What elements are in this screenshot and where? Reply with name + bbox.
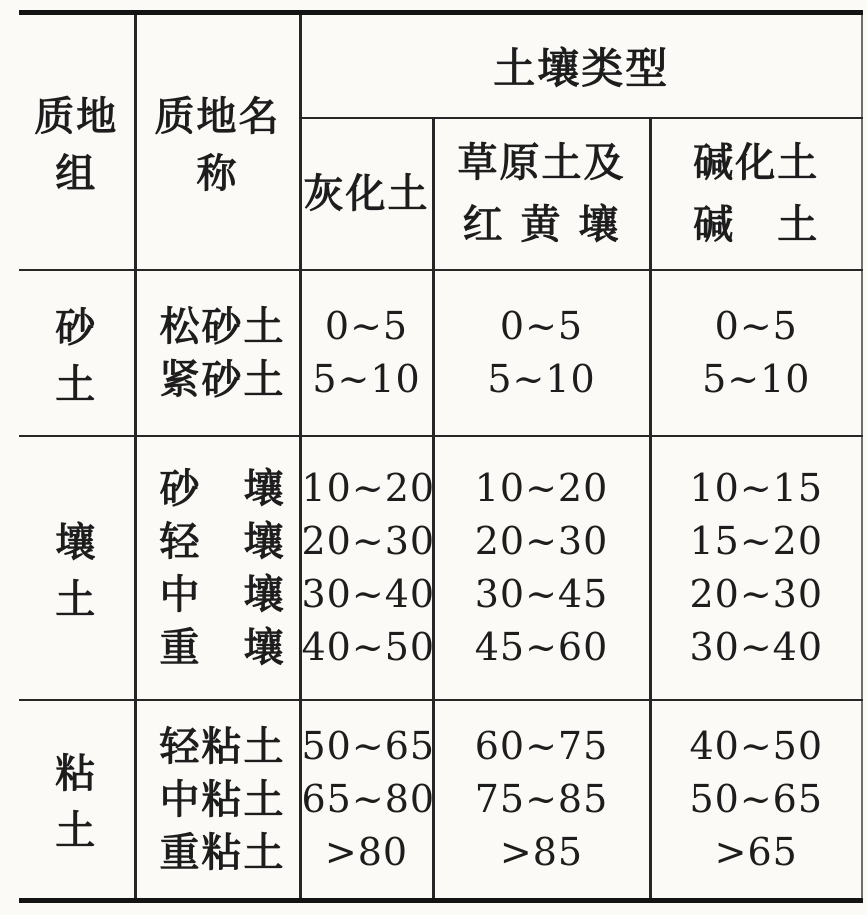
header-col-steppe: 草原土及 红 黄 壤: [433, 118, 650, 270]
texture-name: 松砂土: [147, 300, 299, 353]
texture-names-sand: 松砂土 紧砂土: [135, 270, 300, 436]
header-texture-name: 质地名称: [135, 13, 300, 270]
texture-names-loam: 砂 壤 轻 壤 中 壤 重 壤: [135, 436, 300, 700]
header-line: 碱 土: [652, 194, 862, 256]
value: 50~65: [302, 720, 432, 773]
header-line: 红 黄 壤: [435, 194, 649, 256]
values-sand-podzol: 0~5 5~10: [300, 270, 433, 436]
header-texture-group: 质地组: [19, 13, 135, 270]
header-col-alkali: 碱化土 碱 土: [650, 118, 862, 270]
value: 15~20: [652, 515, 862, 568]
header-line: 草原土及: [435, 132, 649, 194]
value: 30~45: [435, 568, 649, 621]
value: 75~85: [435, 773, 649, 826]
header-line: 灰化土: [302, 163, 432, 225]
soil-texture-table: 质地组 质地名称 土壤类型 灰化土 草原土及 红 黄 壤 碱化土 碱 土: [19, 10, 863, 903]
section-row-loam: 壤 土 砂 壤 轻 壤 中 壤 重 壤 10~20 20~30 30~40 40…: [19, 436, 862, 700]
values-clay-podzol: 50~65 65~80 >80: [300, 700, 433, 901]
section-row-clay: 粘 土 轻粘土 中粘土 重粘土 50~65 65~80 >80 60~75 75…: [19, 700, 862, 901]
value: >85: [435, 826, 649, 879]
values-clay-steppe: 60~75 75~85 >85: [433, 700, 650, 901]
value: 5~10: [435, 353, 649, 406]
value: 10~20: [302, 462, 432, 515]
value: 10~20: [435, 462, 649, 515]
header-col-podzol: 灰化土: [300, 118, 433, 270]
values-loam-podzol: 10~20 20~30 30~40 40~50: [300, 436, 433, 700]
value: 10~15: [652, 462, 862, 515]
section-row-sand: 砂 土 松砂土 紧砂土 0~5 5~10 0~5 5~10 0~5: [19, 270, 862, 436]
texture-name: 重粘土: [147, 826, 299, 879]
value: 50~65: [652, 773, 862, 826]
texture-name: 轻 壤: [147, 515, 299, 568]
value: 30~40: [652, 621, 862, 674]
header-row-top: 质地组 质地名称 土壤类型: [19, 13, 862, 118]
group-label-loam: 壤 土: [19, 436, 135, 700]
scanned-document-page: 质地组 质地名称 土壤类型 灰化土 草原土及 红 黄 壤 碱化土 碱 土: [0, 0, 867, 915]
value: 45~60: [435, 621, 649, 674]
value: 40~50: [652, 720, 862, 773]
group-label-sand: 砂 土: [19, 270, 135, 436]
texture-name: 重 壤: [147, 621, 299, 674]
group-label-clay: 粘 土: [19, 700, 135, 901]
header-line: 碱化土: [652, 132, 862, 194]
texture-names-clay: 轻粘土 中粘土 重粘土: [135, 700, 300, 901]
header-soil-type: 土壤类型: [300, 13, 862, 118]
value: 5~10: [302, 353, 432, 406]
texture-name: 砂 壤: [147, 462, 299, 515]
texture-name: 中粘土: [147, 773, 299, 826]
value: 40~50: [302, 621, 432, 674]
value: 0~5: [652, 300, 862, 353]
value: >80: [302, 826, 432, 879]
texture-name: 紧砂土: [147, 353, 299, 406]
value: 20~30: [302, 515, 432, 568]
values-clay-alkali: 40~50 50~65 >65: [650, 700, 862, 901]
values-loam-alkali: 10~15 15~20 20~30 30~40: [650, 436, 862, 700]
value: 20~30: [652, 568, 862, 621]
texture-name: 中 壤: [147, 568, 299, 621]
value: 5~10: [652, 353, 862, 406]
value: 65~80: [302, 773, 432, 826]
soil-texture-table-wrap: 质地组 质地名称 土壤类型 灰化土 草原土及 红 黄 壤 碱化土 碱 土: [19, 10, 862, 898]
value: >65: [652, 826, 862, 879]
values-sand-steppe: 0~5 5~10: [433, 270, 650, 436]
values-loam-steppe: 10~20 20~30 30~45 45~60: [433, 436, 650, 700]
value: 0~5: [302, 300, 432, 353]
value: 30~40: [302, 568, 432, 621]
value: 20~30: [435, 515, 649, 568]
texture-name: 轻粘土: [147, 720, 299, 773]
value: 60~75: [435, 720, 649, 773]
value: 0~5: [435, 300, 649, 353]
values-sand-alkali: 0~5 5~10: [650, 270, 862, 436]
